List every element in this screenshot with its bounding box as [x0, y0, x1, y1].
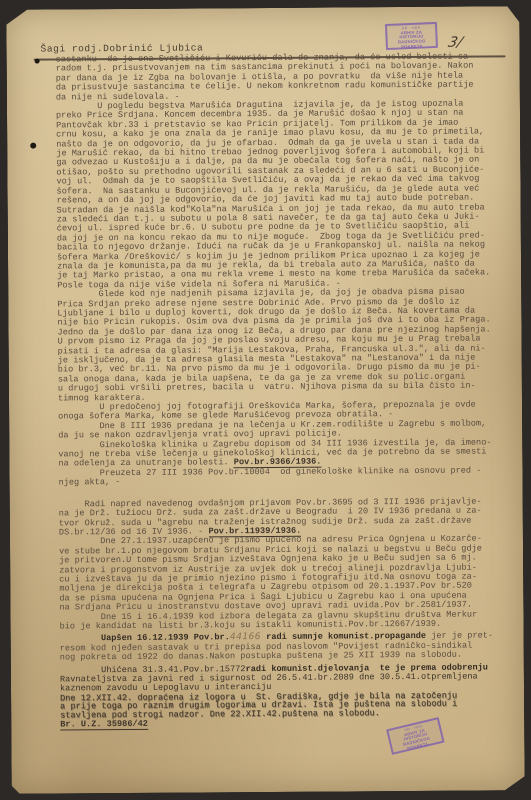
ink-dot — [30, 143, 36, 149]
paragraph: Radi napred navedenog ovdašnjom prijavom… — [59, 497, 505, 538]
text-run: Dne 12.XII.42. dopraćena iz logora u St.… — [60, 690, 457, 720]
text-run: U pogledu begstva Marušića Dragutina izj… — [56, 99, 490, 291]
paragraph: Preuzeta 27 III 1936 Pov.br.10004 od gin… — [58, 466, 504, 488]
page-number: 3/ — [447, 35, 465, 51]
text-run: Dne 15 i 16.4.1939 kod izbora delegata z… — [59, 609, 477, 631]
typewritten-text-body: sastanku da je ona Svetličiću i Kevuriću… — [56, 52, 507, 729]
text-run: Dne 27.1.1937.uzapćeno je pismo upućeno … — [59, 534, 482, 613]
text-run: Glede kod nje nadjenih pisama izjavila j… — [57, 287, 491, 403]
paragraph: sastanku da je ona Svetličiću i Kevuriću… — [56, 52, 502, 102]
paragraph: Glede kod nje nadjenih pisama izjavila j… — [57, 287, 504, 403]
paragraph: Uhićena 31.3.41.Pov.br.15772radi komunis… — [60, 663, 506, 694]
stamp-line: RADNIČKOG POKRETA — [390, 39, 434, 50]
document-page: HR · HDA ARHIV ZA HISTORIJU RADNIČKOG PO… — [6, 6, 524, 794]
ink-dot — [35, 59, 40, 64]
text-run: Preuzeta 27 III 1936 Pov.br.10004 od gin… — [58, 465, 481, 487]
paragraph: Dne 27.1.1937.uzapćeno je pismo upućeno … — [59, 535, 506, 613]
paragraph: U pogledu begstva Marušića Dragutina izj… — [56, 99, 503, 290]
paragraph: Dne 15 i 16.4.1939 kod izbora delegata z… — [59, 610, 505, 632]
archive-stamp-top-icon: HR · HDA ARHIV ZA HISTORIJU RADNIČKOG PO… — [385, 22, 438, 50]
text-run: Br. U.Z. 35986/42 — [60, 718, 148, 730]
text-run: sastanku da je ona Svetličiću i Kevuriću… — [56, 52, 474, 103]
paragraph: Ginekološka klinika u Zagrebu dopisom od… — [58, 438, 504, 469]
paragraph: Dne 12.XII.42. dopraćena iz logora u St.… — [60, 691, 506, 720]
paragraph: Uapšen 16.12.1939 Pov.br.44166 radi sumn… — [60, 632, 506, 663]
